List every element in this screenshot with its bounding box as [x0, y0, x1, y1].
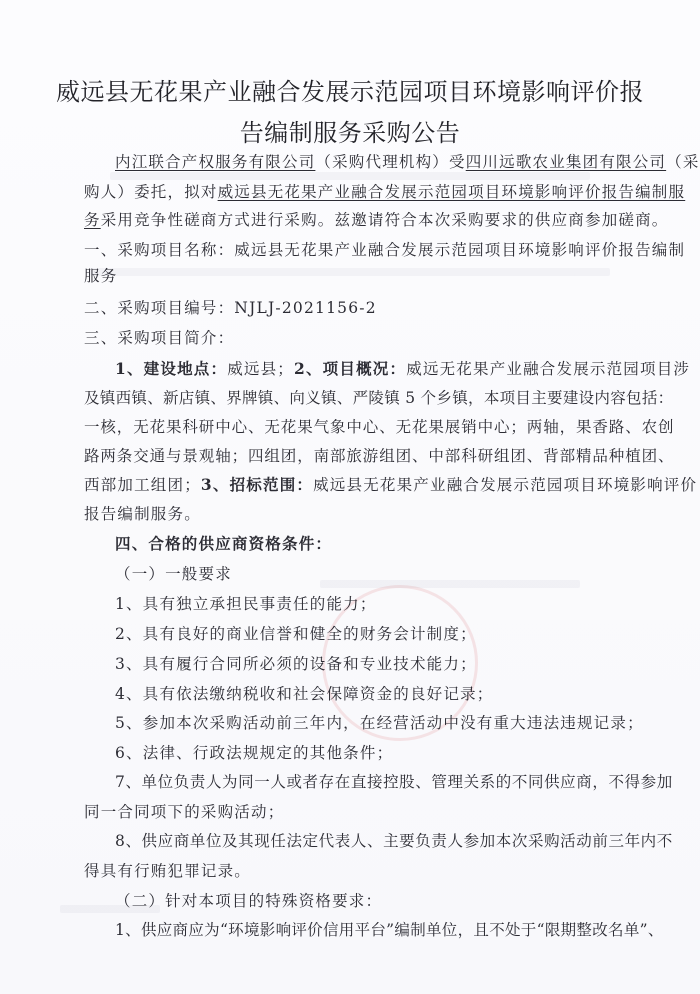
project-summary-line-4: 路两条交通与景观轴；四组团，南部旅游组团、中部科研组团、背部精品种植团、	[84, 444, 674, 466]
project-summary-line-5: 西部加工组团；3、招标范围：威远县无花果产业融合发展示范园项目环境影响评价	[84, 473, 697, 495]
general-item-6: 6、法律、行政法规规定的其他条件；	[115, 741, 393, 763]
page-title-line-1: 威远县无花果产业融合发展示范园项目环境影响评价报	[0, 72, 700, 107]
section-1-heading-cont: 服务	[84, 264, 117, 286]
general-item-8-cont: 得具有行贿犯罪记录。	[84, 859, 251, 881]
general-item-1: 1、具有独立承担民事责任的能力；	[115, 592, 377, 614]
special-item-1: 1、供应商应为“环境影响评价信用平台”编制单位，且不处于“限期整改名单”、	[115, 918, 664, 940]
project-summary-line-6: 报告编制服务。	[84, 502, 201, 524]
section-4-heading: 四、合格的供应商资格条件：	[115, 532, 332, 554]
intro-line-3: 务采用竞争性磋商方式进行采购。兹邀请符合本次采购要求的供应商参加磋商。	[84, 208, 669, 230]
project-summary-line-1: 1、建设地点：威远县；2、项目概况：威远无花果产业融合发展示范园项目涉	[115, 357, 690, 379]
section-3-heading: 三、采购项目简介：	[84, 326, 234, 348]
bleed-through-text	[90, 268, 610, 276]
general-item-2: 2、具有良好的商业信誉和健全的财务会计制度；	[115, 622, 477, 644]
page-title-line-2: 告编制服务采购公告	[0, 113, 700, 148]
bleed-through-text	[110, 172, 590, 180]
general-item-8: 8、供应商单位及其现任法定代表人、主要负责人参加本次采购活动前三年内不	[115, 829, 673, 851]
bleed-through-text	[320, 580, 580, 588]
project-name: 威远县无花果产业融合发展示范园项目环境影响评价报告编制服	[218, 183, 686, 201]
general-item-4: 4、具有依法缴纳税收和社会保障资金的良好记录；	[115, 682, 493, 704]
general-item-7: 7、单位负责人为同一人或者存在直接控股、管理关系的不同供应商，不得参加	[115, 770, 673, 792]
general-requirements-heading: （一）一般要求	[115, 562, 232, 584]
purchaser-name: 四川远歌农业集团有限公司	[466, 153, 666, 171]
general-item-3: 3、具有履行合同所必须的设备和专业技术能力；	[115, 652, 477, 674]
document-page: 威远县无花果产业融合发展示范园项目环境影响评价报 告编制服务采购公告 内江联合产…	[0, 0, 700, 994]
general-item-5: 5、参加本次采购活动前三年内，在经营活动中没有重大违法违规记录；	[115, 711, 644, 733]
section-1-heading: 一、采购项目名称：威远县无花果产业融合发展示范园项目环境影响评价报告编制	[84, 238, 685, 260]
general-item-7-cont: 同一合同项下的采购活动；	[84, 800, 284, 822]
project-summary-line-2: 及镇西镇、新店镇、界牌镇、向义镇、严陵镇 5 个乡镇，本项目主要建设内容包括：	[84, 386, 673, 408]
intro-line-2: 购人）委托，拟对威远县无花果产业融合发展示范园项目环境影响评价报告编制服	[84, 180, 685, 202]
project-summary-line-3: 一核，无花果科研中心、无花果气象中心、无花果展销中心；两轴，果香路、农创	[84, 415, 674, 437]
agent-name: 内江联合产权服务有限公司	[115, 153, 315, 171]
intro-line-1: 内江联合产权服务有限公司（采购代理机构）受四川远歌农业集团有限公司（采	[115, 150, 700, 172]
section-2-heading: 二、采购项目编号：NJLJ-2021156-2	[84, 296, 377, 318]
special-requirements-heading: （二）针对本项目的特殊资格要求：	[115, 889, 382, 911]
